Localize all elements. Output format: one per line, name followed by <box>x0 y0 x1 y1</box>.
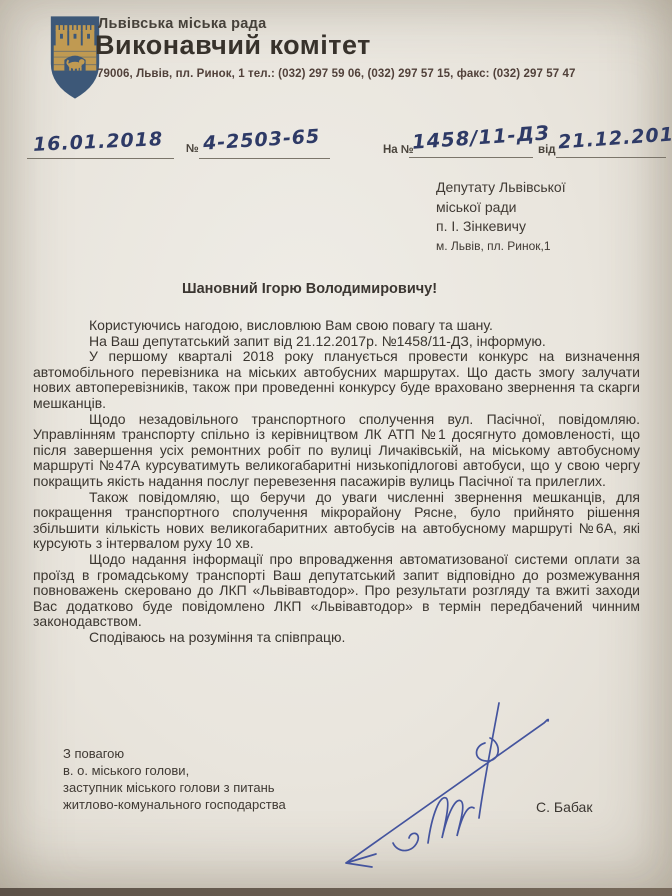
closing-line: заступник міського голови з питань <box>63 779 286 796</box>
outgoing-date-line <box>27 158 174 159</box>
body-paragraph: Також повідомляю, що беручи до уваги чис… <box>33 490 640 552</box>
body-paragraph: Щодо надання інформації про впровадження… <box>33 552 640 630</box>
scan-bottom-edge <box>0 888 672 896</box>
handwritten-signature-icon <box>338 696 553 871</box>
incoming-number-handwritten: 1458/11-ДЗ <box>411 121 550 154</box>
recipient-line: Депутату Львівської <box>436 178 566 198</box>
signer-name: С. Бабак <box>536 799 592 815</box>
closing-line: в. о. міського голови, <box>63 762 286 779</box>
incoming-ref-label: На № <box>383 144 414 156</box>
recipient-address-line: м. Львів, пл. Ринок,1 <box>436 237 566 257</box>
body-paragraph: Щодо незадовільного транспортного сполуч… <box>33 412 640 490</box>
outgoing-number-label: № <box>186 143 199 155</box>
outgoing-number-line <box>199 158 330 159</box>
recipient-block: Депутату Львівської міської ради п. І. З… <box>436 178 566 256</box>
incoming-date-handwritten: 21.12.2017 <box>557 122 672 153</box>
closing-line: З повагою <box>63 745 286 762</box>
incoming-date-label: від <box>538 144 556 156</box>
salutation: Шановний Ігорю Володимировичу! <box>182 281 437 297</box>
outgoing-date-handwritten: 16.01.2018 <box>33 128 164 156</box>
closing-line: житлово-комунального господарства <box>63 796 286 813</box>
recipient-line: п. І. Зінкевичу <box>436 217 566 237</box>
outgoing-number-handwritten: 4-2503-65 <box>202 125 320 154</box>
letterhead-address: 79006, Львів, пл. Ринок, 1 тел.: (032) 2… <box>97 68 576 80</box>
closing-block: З повагою в. о. міського голови, заступн… <box>63 745 286 813</box>
body-paragraph: У першому кварталі 2018 року планується … <box>33 349 640 411</box>
incoming-date-line <box>556 157 666 158</box>
body-paragraph: На Ваш депутатський запит від 21.12.2017… <box>33 334 640 350</box>
body-paragraph: Користуючись нагодою, висловлюю Вам свою… <box>33 318 640 334</box>
letter-body: Користуючись нагодою, висловлюю Вам свою… <box>33 318 640 645</box>
committee-name: Виконавчий комітет <box>95 30 371 61</box>
incoming-number-line <box>409 157 533 158</box>
recipient-line: міської ради <box>436 198 566 218</box>
body-paragraph: Сподіваюсь на розуміння та співпрацю. <box>33 630 640 646</box>
scanned-letter-page: Львівська міська рада Виконавчий комітет… <box>0 0 672 896</box>
